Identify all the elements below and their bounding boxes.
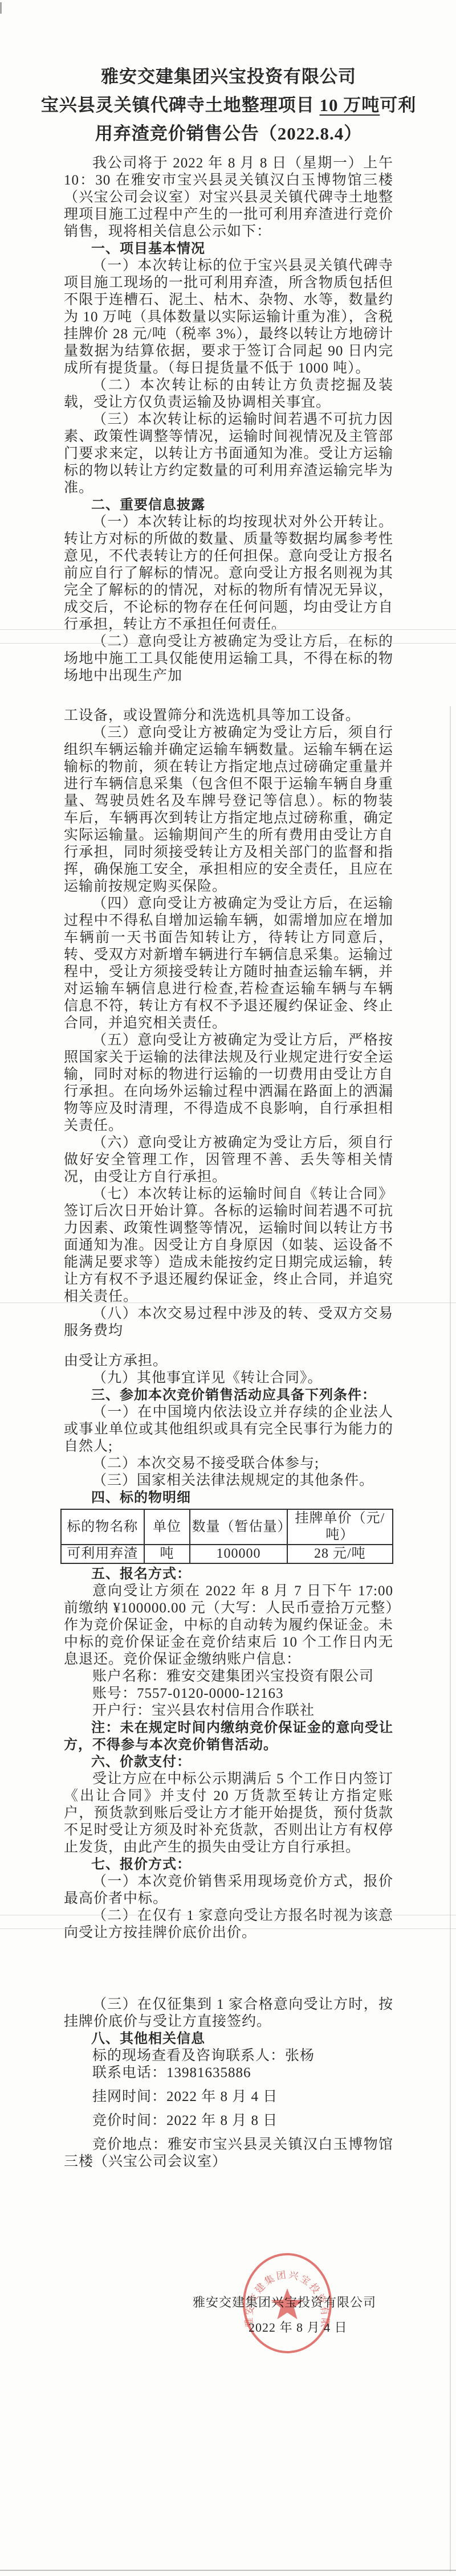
page-separator-line xyxy=(0,643,456,644)
section-2-para-9: （九）其他事宜详见《转让合同》。 xyxy=(64,1370,393,1387)
page-separator-line xyxy=(0,1303,456,1303)
table-cell-unit: 吨 xyxy=(144,1545,190,1563)
section-6-heading: 六、价款支付： xyxy=(64,1754,393,1771)
title-line-2: 宝兴县灵关镇代碑寺土地整理项目 10 万吨可利 xyxy=(32,91,425,120)
page-separator-line xyxy=(0,629,456,630)
section-2-para-2-part-b: 工设备，或设置筛分和洗选机具等加工设备。 xyxy=(64,707,393,724)
scanned-document: 雅安交建集团兴宝投资有限公司 宝兴县灵关镇代碑寺土地整理项目 10 万吨可利 用… xyxy=(0,0,456,2576)
page-separator-line xyxy=(0,1915,456,1915)
document-title: 雅安交建集团兴宝投资有限公司 宝兴县灵关镇代碑寺土地整理项目 10 万吨可利 用… xyxy=(32,63,425,148)
deposit-bank: 开户行：宝兴县农村信用合作联社 xyxy=(64,1702,393,1719)
title-underlined-quantity: 10 万吨 xyxy=(320,95,380,115)
company-seal-stamp: 雅安交建集团兴宝投资有限公司 xyxy=(239,2249,336,2358)
section-2-para-7: （七）本次转让标的运输时间自《转让合同》签订后次日开始计算。各标的运输时间若遇不… xyxy=(64,1186,393,1305)
section-7-para-1: （一）本次竞价销售采用现场竞价方式，报价最高价者中标。 xyxy=(64,1873,393,1907)
section-2-para-2-part-a: （二）意向受让方被确定为受让方后，在标的场地中施工工具仅能使用运输工具，不得在标… xyxy=(64,633,393,685)
table-cell-quantity: 100000 xyxy=(190,1545,287,1563)
table-cell-price: 28 元/吨 xyxy=(287,1545,393,1563)
intro-paragraph: 我公司将于 2022 年 8 月 8 日（星期一）上午 10：30 在雅安市宝兴… xyxy=(64,155,393,240)
section-3-para-3: （三）国家相关法律法规规定的其他条件。 xyxy=(64,1472,393,1489)
section-5-heading: 五、报名方式： xyxy=(64,1566,393,1583)
section-2-para-4: （四）意向受让方被确定为受让方后，在运输过程中不得私自增加运输车辆，如需增加应在… xyxy=(64,895,393,1032)
contact-phone-line: 联系电话：13981635886 xyxy=(64,2065,393,2082)
page-3: 由受让方承担。 （九）其他事宜详见《转让合同》。 三、参加本次竞价销售活动应具备… xyxy=(64,1353,393,1942)
section-5-para-1: 意向受让方须在 2022 年 8 月 7 日下午 17:00 前缴纳 ¥1000… xyxy=(64,1583,393,1668)
deposit-account-number: 账号：7557-0120-0000-12163 xyxy=(64,1685,393,1702)
title-line-2-post: 可利 xyxy=(380,95,416,115)
section-4-heading: 四、标的物明细 xyxy=(64,1489,393,1506)
table-header-price: 挂牌单价（元/吨） xyxy=(287,1509,393,1545)
title-line-2-pre: 宝兴县灵关镇代碑寺土地整理项目 xyxy=(41,95,320,115)
section-1-para-1: （一）本次转让标的位于宝兴县灵关镇代碑寺项目施工现场的一批可利用弃渣，所含物质包… xyxy=(64,257,393,377)
section-1-para-3: （三）本次转让标的运输时间若遇不可抗力因素、政策性调整等情况，运输时间视情况及主… xyxy=(64,411,393,497)
section-2-para-3: （三）意向受让方被确定为受让方后，须自行组织车辆运输并确定运输车辆数量。运输车辆… xyxy=(64,724,393,895)
title-line-3: 用弃渣竞价销售公告（2022.8.4） xyxy=(32,120,425,148)
table-header-quantity: 数量（暂估量） xyxy=(190,1509,287,1545)
table-header-name: 标的物名称 xyxy=(61,1509,144,1545)
subject-matter-table: 标的物名称 单位 数量（暂估量） 挂牌单价（元/吨） 可利用弃渣 吨 10000… xyxy=(60,1509,393,1564)
deposit-note: 注：未在规定时间内缴纳竞价保证金的意向受让方，不得参与本次竞价销售活动。 xyxy=(64,1719,393,1754)
section-8-heading: 八、其他相关信息 xyxy=(64,2030,393,2047)
page-separator-line xyxy=(0,1928,456,1929)
section-3-heading: 三、参加本次竞价销售活动应具备下列条件： xyxy=(64,1387,393,1404)
section-1-heading: 一、项目基本情况 xyxy=(64,240,393,257)
section-6-para-1: 受让方应在中标公示期满后 5 个工作日内签订《出让合同》并支付 20 万货款至转… xyxy=(64,1771,393,1856)
bidding-time-line: 竞价时间：2022 年 8 月 8 日 xyxy=(64,2112,393,2129)
section-2-para-8-part-b: 由受让方承担。 xyxy=(64,1353,393,1370)
seal-ring-text: 雅安交建集团兴宝投资有限公司 xyxy=(239,2249,331,2330)
section-2-para-1: （一）本次转让标的均按现状对外公开转让。转让方对标的所做的数量、质量等数据均属参… xyxy=(64,514,393,633)
section-2-para-5: （五）意向受让方被确定为受让方后，严格按照国家关于运输的法律法规及行业规定进行安… xyxy=(64,1032,393,1135)
section-2-para-6: （六）意向受让方被确定为受让方后，须自行做好安全管理工作，因管理不善、丢失等相关… xyxy=(64,1135,393,1186)
section-3-para-1: （一）在中国境内依法设立并存续的企业法人或事业单位或其他组织或具有完全民事行为能… xyxy=(64,1404,393,1455)
section-7-heading: 七、报价方式： xyxy=(64,1856,393,1873)
contact-person-line: 标的现场查看及咨询联系人：张杨 xyxy=(64,2047,393,2065)
bidding-place-line: 竞价地点：雅安市宝兴县灵关镇汉白玉博物馆三楼（兴宝公司会议室） xyxy=(64,2136,393,2170)
section-7-para-2: （二）在仅有 1 家意向受让方报名时视为该意向受让方按挂牌价底价出价。 xyxy=(64,1907,393,1942)
scan-bottom-edge xyxy=(0,2570,456,2571)
scan-artifact xyxy=(0,2,2,14)
page-1: 雅安交建集团兴宝投资有限公司 宝兴县灵关镇代碑寺土地整理项目 10 万吨可利 用… xyxy=(64,63,393,685)
page-2: 工设备，或设置筛分和洗选机具等加工设备。 （三）意向受让方被确定为受让方后，须自… xyxy=(64,707,393,1340)
section-2-para-8-part-a: （八）本次交易过程中涉及的转、受双方交易服务费均 xyxy=(64,1305,393,1340)
table-row: 可利用弃渣 吨 100000 28 元/吨 xyxy=(61,1545,393,1563)
section-3-para-2: （二）本次交易不接受联合体参与; xyxy=(64,1455,393,1472)
listing-time-line: 挂网时间：2022 年 8 月 4 日 xyxy=(64,2088,393,2106)
table-cell-name: 可利用弃渣 xyxy=(61,1545,144,1563)
section-1-para-2: （二）本次转让标的由转让方负责挖掘及装载，受让方仅负责运输及协调相关事宜。 xyxy=(64,377,393,411)
scan-right-edge xyxy=(450,706,451,2571)
section-2-heading: 二、重要信息披露 xyxy=(64,497,393,514)
title-line-1: 雅安交建集团兴宝投资有限公司 xyxy=(32,63,425,91)
page-4: （三）在仅征集到 1 家合格意向受让方时，按挂牌价底价与受让方直接签约。 八、其… xyxy=(64,1996,393,2170)
deposit-account-name: 账户名称：雅安交建集团兴宝投资有限公司 xyxy=(64,1668,393,1685)
table-header-unit: 单位 xyxy=(144,1509,190,1545)
table-header-row: 标的物名称 单位 数量（暂估量） 挂牌单价（元/吨） xyxy=(61,1509,393,1545)
svg-text:雅安交建集团兴宝投资有限公司: 雅安交建集团兴宝投资有限公司 xyxy=(239,2249,331,2330)
seal-star-icon xyxy=(271,2288,304,2319)
section-7-para-3: （三）在仅征集到 1 家合格意向受让方时，按挂牌价底价与受让方直接签约。 xyxy=(64,1996,393,2030)
